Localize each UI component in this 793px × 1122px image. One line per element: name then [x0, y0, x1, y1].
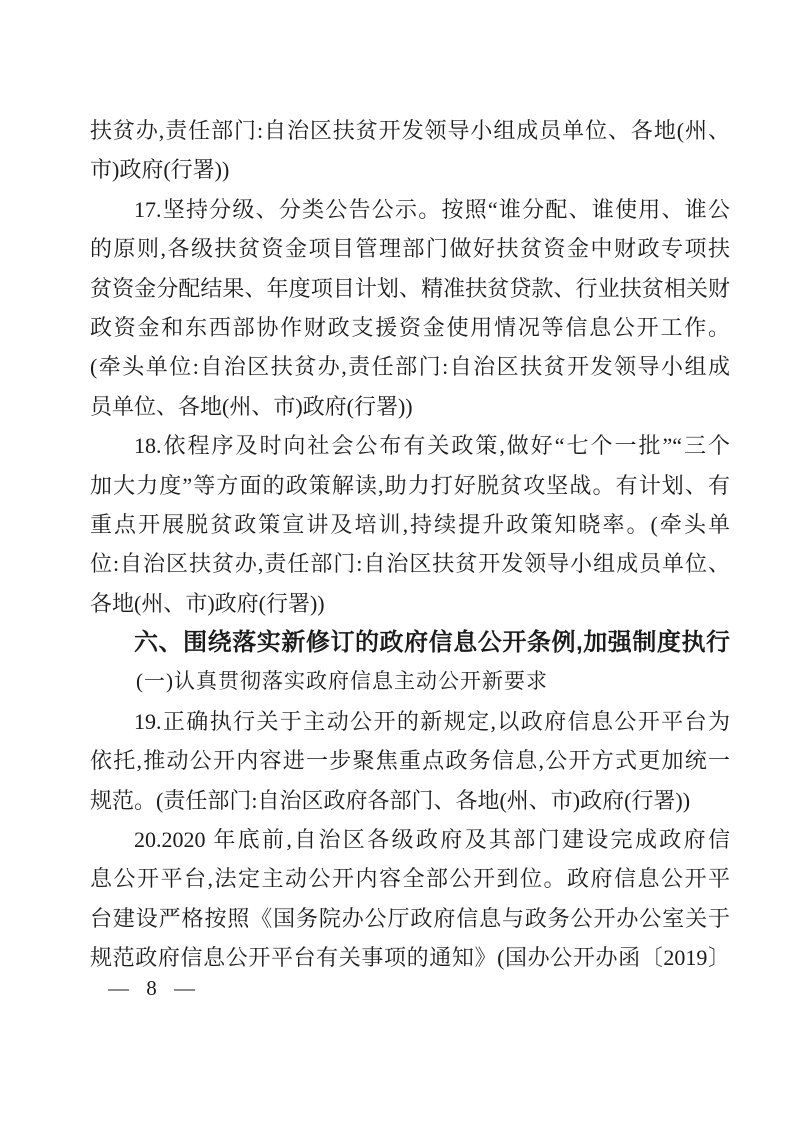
- body-line: 台建设严格按照《国务院办公厅政府信息与政务公开办公室关于: [90, 899, 730, 938]
- body-line: 加大力度”等方面的政策解读,助力打好脱贫攻坚战。有计划、有: [90, 466, 730, 505]
- document-page: 扶贫办,责任部门:自治区扶贫开发领导小组成员单位、各地(州、 市)政府(行署))…: [0, 0, 793, 1122]
- body-line: 的原则,各级扶贫资金项目管理部门做好扶贫资金中财政专项扶: [90, 229, 730, 268]
- subsection-heading: (一)认真贯彻落实政府信息主动公开新要求: [90, 662, 730, 701]
- page-number: — 8 —: [108, 974, 195, 1002]
- item-18-line: 18.依程序及时向社会公布有关政策,做好“七个一批”“三个: [90, 426, 730, 465]
- body-line: 员单位、各地(州、市)政府(行署)): [90, 387, 730, 426]
- body-line: 各地(州、市)政府(行署)): [90, 584, 730, 623]
- body-line: 贫资金分配结果、年度项目计划、精准扶贫贷款、行业扶贫相关财: [90, 269, 730, 308]
- item-19-line: 19.正确执行关于主动公开的新规定,以政府信息公开平台为: [90, 702, 730, 741]
- item-17-line: 17.坚持分级、分类公告公示。按照“谁分配、谁使用、谁公开”: [90, 190, 730, 229]
- body-line: 重点开展脱贫政策宣讲及培训,持续提升政策知晓率。(牵头单: [90, 505, 730, 544]
- body-line: 位:自治区扶贫办,责任部门:自治区扶贫开发领导小组成员单位、: [90, 544, 730, 583]
- body-line: 规范。(责任部门:自治区政府各部门、各地(州、市)政府(行署)): [90, 781, 730, 820]
- body-line: 依托,推动公开内容进一步聚焦重点政务信息,公开方式更加统一: [90, 741, 730, 780]
- item-20-line: 20.2020 年底前,自治区各级政府及其部门建设完成政府信: [90, 820, 730, 859]
- body-line: 规范政府信息公开平台有关事项的通知》(国办公开办函〔2019〕61: [90, 938, 730, 977]
- document-body: 扶贫办,责任部门:自治区扶贫开发领导小组成员单位、各地(州、 市)政府(行署))…: [90, 111, 730, 978]
- body-line: 息公开平台,法定主动公开内容全部公开到位。政府信息公开平: [90, 859, 730, 898]
- body-line: 政资金和东西部协作财政支援资金使用情况等信息公开工作。: [90, 308, 730, 347]
- body-line: 市)政府(行署)): [90, 150, 730, 189]
- body-line: 扶贫办,责任部门:自治区扶贫开发领导小组成员单位、各地(州、: [90, 111, 730, 150]
- body-line: (牵头单位:自治区扶贫办,责任部门:自治区扶贫开发领导小组成: [90, 347, 730, 386]
- section-heading: 六、围绕落实新修订的政府信息公开条例,加强制度执行力度: [90, 623, 730, 662]
